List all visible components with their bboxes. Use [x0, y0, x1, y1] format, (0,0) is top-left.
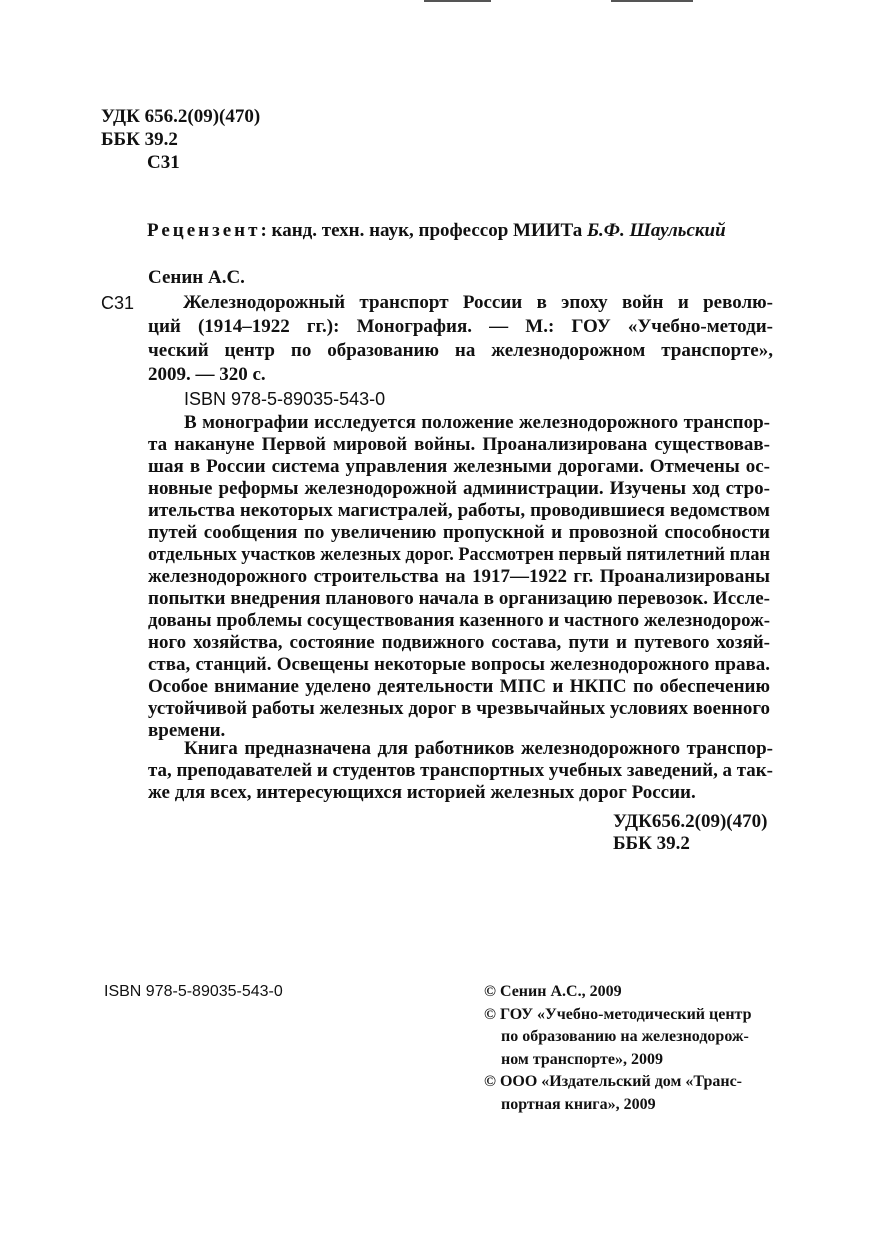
abstract-line: та накануне Первой мировой войны. Проана…: [148, 434, 770, 456]
copyright-line: © ООО «Издательский дом «Транс-: [484, 1071, 742, 1093]
footer-isbn: ISBN 978-5-89035-543-0: [104, 981, 283, 1003]
abstract-line: ительства некоторых магистралей, работы,…: [148, 500, 770, 522]
abstract-line: попытки внедрения планового начала в орг…: [148, 588, 770, 610]
abstract-line: Особое внимание уделено деятельности МПС…: [148, 676, 770, 698]
audience-line: та, преподавателей и студентов транспорт…: [148, 760, 773, 782]
bib-line: ций (1914–1922 гг.): Монография. — М.: Г…: [148, 316, 773, 338]
abstract-line: устойчивой работы железных дорог в чрезв…: [148, 698, 770, 720]
abstract-line: шая в России система управления железным…: [148, 456, 770, 478]
copyright-line: © Сенин А.С., 2009: [484, 981, 622, 1003]
top-rule-right: [611, 0, 693, 2]
udk-code: УДК 656.2(09)(470): [101, 106, 260, 128]
bbk-code: ББК 39.2: [101, 129, 178, 151]
abstract-line: В монографии исследуется положение желез…: [184, 412, 770, 434]
abstract-line: ного хозяйства, состояние подвижного сос…: [148, 632, 770, 654]
reviewer-name: Б.Ф. Шаульский: [587, 220, 726, 241]
author-name: Сенин А.С.: [148, 267, 245, 289]
bib-line: 2009. — 320 с.: [148, 364, 266, 386]
audience-line: же для всех, интересующихся историей жел…: [148, 782, 696, 804]
bbk-code-right: ББК 39.2: [613, 833, 690, 855]
bib-line: Железнодорожный транспорт России в эпоху…: [183, 292, 773, 314]
reviewer-label: Рецензент: [147, 220, 260, 241]
author-mark: С31: [147, 152, 180, 174]
abstract-line: путей сообщения по увеличению пропускной…: [148, 522, 770, 544]
bib-code: С31: [101, 292, 134, 314]
reviewer-line: Рецензент: канд. техн. наук, профессор М…: [147, 220, 726, 242]
abstract-line: ства, станций. Освещены некоторые вопрос…: [148, 654, 770, 676]
copyright-line: по образованию на железнодорож-: [501, 1026, 749, 1048]
udk-code-right: УДК656.2(09)(470): [613, 811, 767, 833]
bib-line: ческий центр по образованию на железнодо…: [148, 340, 773, 362]
abstract-line: дованы проблемы сосуществования казенног…: [148, 610, 770, 632]
abstract-line: новные реформы железнодорожной администр…: [148, 478, 770, 500]
copyright-line: © ГОУ «Учебно-методический центр: [484, 1004, 752, 1026]
bib-isbn: ISBN 978-5-89035-543-0: [184, 388, 385, 410]
reviewer-text: : канд. техн. наук, профессор МИИТа: [260, 220, 587, 241]
audience-line: Книга предназначена для работников желез…: [184, 738, 773, 760]
abstract-line: отдельных участков железных дорог. Рассм…: [148, 544, 770, 566]
copyright-line: портная книга», 2009: [501, 1094, 656, 1116]
copyright-line: ном транспорте», 2009: [501, 1049, 663, 1071]
top-rule-left: [424, 0, 491, 2]
abstract-line: железнодорожного строительства на 1917—1…: [148, 566, 770, 588]
